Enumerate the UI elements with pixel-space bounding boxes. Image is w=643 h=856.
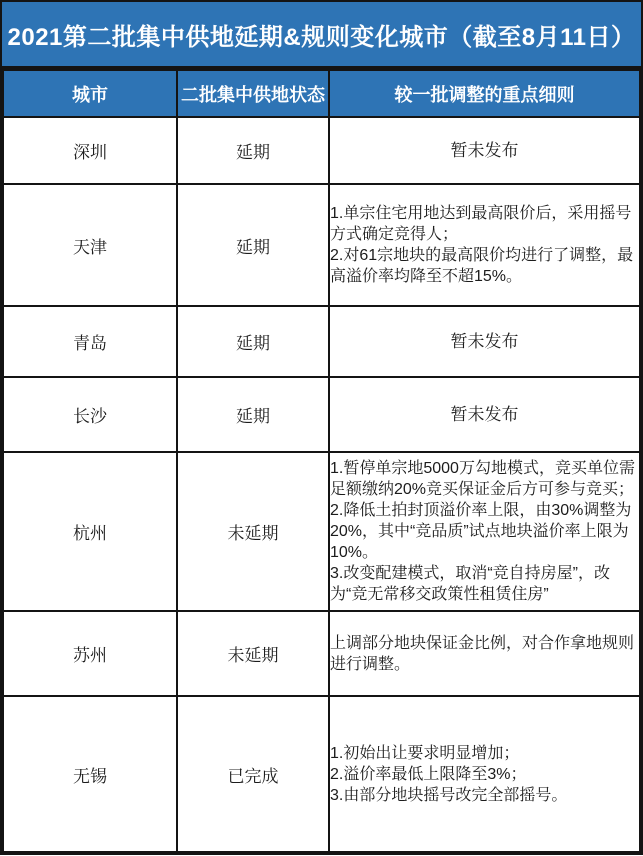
detail-line: 暂未发布 — [330, 140, 639, 161]
status-value: 延期 — [177, 306, 329, 377]
detail-line: 1.初始出让要求明显增加； — [330, 743, 639, 764]
detail-line: 上调部分地块保证金比例，对合作拿地规则进行调整。 — [330, 633, 639, 675]
detail-line: 1.单宗住宅用地达到最高限价后，采用摇号方式确定竞得人； — [330, 203, 639, 245]
column-header-status: 二批集中供地状态 — [177, 70, 329, 117]
table-row-qingdao: 青岛 延期 暂未发布 — [3, 306, 640, 377]
city-name: 无锡 — [3, 696, 177, 852]
city-name: 青岛 — [3, 306, 177, 377]
table-row-changsha: 长沙 延期 暂未发布 — [3, 377, 640, 452]
table-row-hangzhou: 杭州 未延期 1.暂停单宗地5000万勾地模式，竞买单位需足额缴纳20%竞买保证… — [3, 452, 640, 611]
details-cell: 暂未发布 — [329, 117, 640, 184]
detail-line: 2.溢价率最低上限降至3%； — [330, 764, 639, 785]
detail-line: 3.由部分地块摇号改完全部摇号。 — [330, 785, 639, 806]
table-row-wuxi: 无锡 已完成 1.初始出让要求明显增加； 2.溢价率最低上限降至3%； 3.由部… — [3, 696, 640, 852]
city-name: 杭州 — [3, 452, 177, 611]
detail-line: 2.降低土拍封顶溢价率上限，由30%调整为20%，其中“竞品质”试点地块溢价率上… — [330, 500, 639, 563]
page-title: 2021第二批集中供地延期&规则变化城市（截至8月11日） — [2, 2, 641, 69]
city-name: 天津 — [3, 184, 177, 306]
table-row-shenzhen: 深圳 延期 暂未发布 — [3, 117, 640, 184]
details-cell: 1.暂停单宗地5000万勾地模式，竞买单位需足额缴纳20%竞买保证金后方可参与竞… — [329, 452, 640, 611]
table-row-suzhou: 苏州 未延期 上调部分地块保证金比例，对合作拿地规则进行调整。 — [3, 611, 640, 696]
status-value: 延期 — [177, 117, 329, 184]
detail-line: 暂未发布 — [330, 331, 639, 352]
column-header-city: 城市 — [3, 70, 177, 117]
status-value: 延期 — [177, 377, 329, 452]
detail-line: 2.对61宗地块的最高限价均进行了调整，最高溢价率均降至不超15%。 — [330, 245, 639, 287]
details-cell: 暂未发布 — [329, 377, 640, 452]
infographic-canvas: 2021第二批集中供地延期&规则变化城市（截至8月11日） 城市 二批集中供地状… — [0, 0, 643, 856]
status-value: 未延期 — [177, 452, 329, 611]
detail-line: 暂未发布 — [330, 404, 639, 425]
table-row-tianjin: 天津 延期 1.单宗住宅用地达到最高限价后，采用摇号方式确定竞得人； 2.对61… — [3, 184, 640, 306]
city-name: 深圳 — [3, 117, 177, 184]
details-cell: 1.初始出让要求明显增加； 2.溢价率最低上限降至3%； 3.由部分地块摇号改完… — [329, 696, 640, 852]
details-cell: 暂未发布 — [329, 306, 640, 377]
table-header-row: 城市 二批集中供地状态 较一批调整的重点细则 — [3, 70, 640, 117]
table-frame: 2021第二批集中供地延期&规则变化城市（截至8月11日） 城市 二批集中供地状… — [0, 0, 643, 855]
land-supply-table: 城市 二批集中供地状态 较一批调整的重点细则 深圳 延期 暂未发布 天津 延期 … — [2, 69, 641, 853]
status-value: 已完成 — [177, 696, 329, 852]
status-value: 未延期 — [177, 611, 329, 696]
details-cell: 1.单宗住宅用地达到最高限价后，采用摇号方式确定竞得人； 2.对61宗地块的最高… — [329, 184, 640, 306]
status-value: 延期 — [177, 184, 329, 306]
city-name: 长沙 — [3, 377, 177, 452]
detail-line: 3.改变配建模式，取消“竞自持房屋”，改为“竞无常移交政策性租赁住房” — [330, 563, 639, 605]
city-name: 苏州 — [3, 611, 177, 696]
details-cell: 上调部分地块保证金比例，对合作拿地规则进行调整。 — [329, 611, 640, 696]
column-header-details: 较一批调整的重点细则 — [329, 70, 640, 117]
detail-line: 1.暂停单宗地5000万勾地模式，竞买单位需足额缴纳20%竞买保证金后方可参与竞… — [330, 458, 639, 500]
